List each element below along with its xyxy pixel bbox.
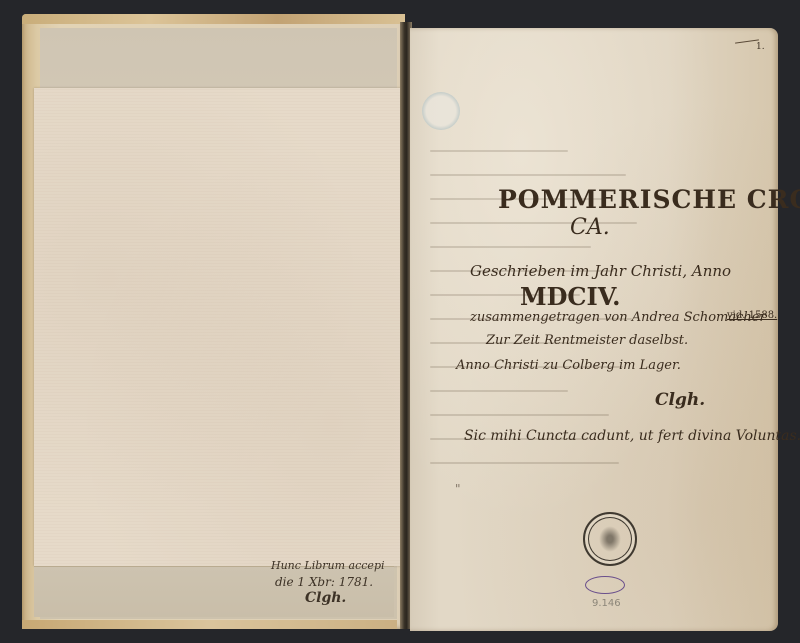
office-line: Zur Zeit Rentmeister daselbst. xyxy=(486,333,688,348)
cover-edge-bottom xyxy=(22,620,397,629)
ditto-mark: " xyxy=(455,482,461,496)
signature-monogram: Clgh. xyxy=(655,390,705,410)
folio-number: 1. xyxy=(756,42,765,52)
place-line: Anno Christi zu Colberg im Lager. xyxy=(456,358,681,373)
title-heading: POMMERISCHE CRONI xyxy=(498,185,800,214)
pasted-blank-sheet xyxy=(34,88,406,566)
shelfmark: 9.146 xyxy=(592,598,621,609)
title-heading-continuation: CA. xyxy=(570,215,610,240)
acquisition-note-signature: Clgh. xyxy=(305,590,395,606)
cover-edge-top xyxy=(22,14,405,24)
written-in-year-line: Geschrieben im Jahr Christi, Anno xyxy=(470,262,731,280)
water-stain xyxy=(422,92,460,130)
author-line: zusammengetragen von Andrea Schomacher xyxy=(470,310,766,325)
acquisition-note: Hunc Librum accepi die 1 Xbr: 1781. Clgh… xyxy=(255,558,395,620)
latin-motto: Sic mihi Cuncta cadunt, ut fert divina V… xyxy=(464,428,800,444)
acquisition-note-line-2: die 1 Xbr: 1781. xyxy=(275,574,395,590)
duplicate-oval-stamp xyxy=(585,576,625,594)
year-numeral: MDCIV. xyxy=(520,282,621,311)
acquisition-note-line-1: Hunc Librum accepi xyxy=(271,558,395,574)
margin-reference-note: vid. 1588. xyxy=(727,310,777,321)
